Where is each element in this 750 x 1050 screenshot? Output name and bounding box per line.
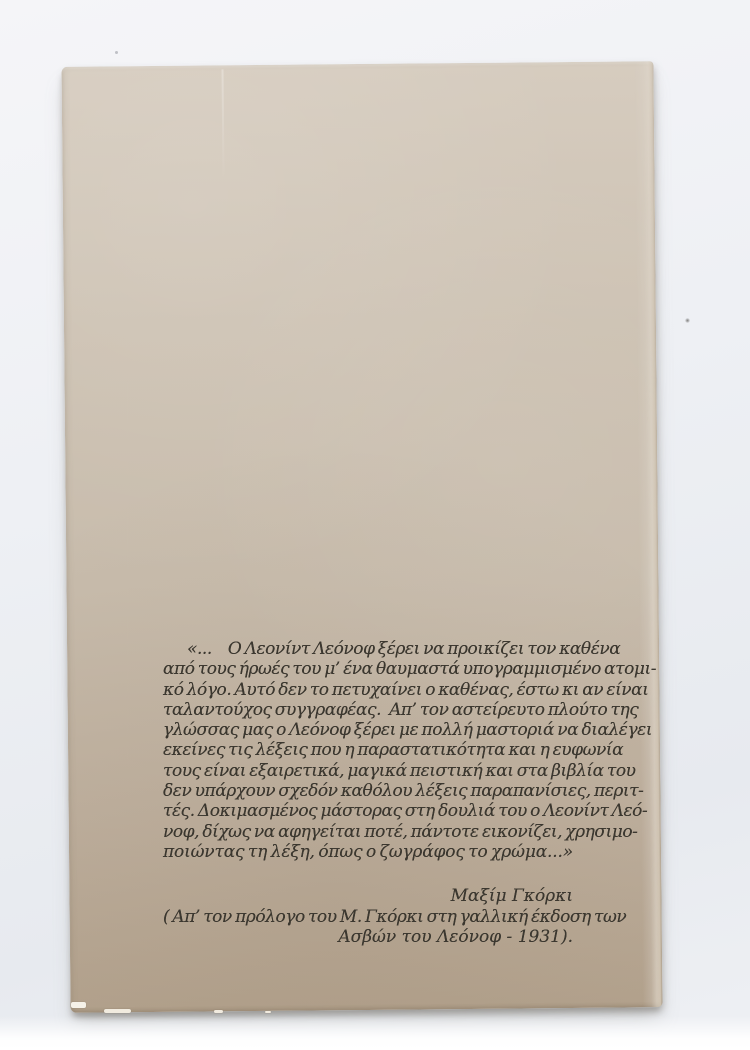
quote-line: γλώσσας μας ο Λεόνοφ ξέρει με πολλή μαστ… — [163, 720, 573, 740]
attribution-source-line-1: ( Απ’ τον πρόλογο του Μ. Γκόρκι στη γαλλ… — [163, 907, 573, 928]
wear-mark — [265, 1011, 271, 1013]
quote-line: εκείνες τις λέξεις που η παραστατικότητα… — [163, 740, 573, 760]
quote-line: ποιώντας τη λέξη, όπως ο ζωγράφος το χρώ… — [163, 842, 573, 862]
wear-mark — [71, 1002, 86, 1008]
cover-crease — [222, 69, 225, 181]
quote-line: «... Ο Λεονίντ Λεόνοφ ξέρει να προικίζει… — [163, 639, 573, 659]
quote-line: κό λόγο. Αυτό δεν το πετυχαίνει ο καθένα… — [163, 680, 573, 700]
page-edge-highlight — [633, 61, 662, 1007]
quote-line: δεν υπάρχουν σχεδόν καθόλου λέξεις παραπ… — [163, 781, 573, 801]
photo-canvas: { "quote": { "lines": [ "«...\u2002\u200… — [0, 0, 750, 1050]
back-cover-text: «... Ο Λεονίντ Λεόνοφ ξέρει να προικίζει… — [163, 639, 573, 948]
dust-speck — [115, 51, 118, 54]
background-bottom-fade — [0, 1016, 750, 1050]
wear-mark — [104, 1009, 131, 1013]
attribution: Μαξίμ Γκόρκι ( Απ’ τον πρόλογο του Μ. Γκ… — [163, 886, 573, 948]
quote-line: από τους ήρωές του μ’ ένα θαυμαστά υπογρ… — [163, 659, 573, 679]
photo-scene: «... Ο Λεονίντ Λεόνοφ ξέρει να προικίζει… — [0, 0, 750, 1050]
quote-line: τές. Δοκιμασμένος μάστορας στη δουλιά το… — [163, 801, 573, 821]
quote-line: ταλαντούχος συγγραφέας. Απ’ τον αστείρευ… — [163, 700, 573, 720]
quote-line: νοφ, δίχως να αφηγείται ποτέ, πάντοτε ει… — [163, 822, 573, 842]
wear-mark — [214, 1010, 223, 1013]
gorky-quote: «... Ο Λεονίντ Λεόνοφ ξέρει να προικίζει… — [163, 639, 573, 862]
attribution-source-line-2: Ασβών του Λεόνοφ - 1931). — [163, 927, 573, 948]
quote-line: τους είναι εξαιρετικά, μαγικά πειστική κ… — [163, 761, 573, 781]
dust-speck — [685, 318, 690, 323]
attribution-author: Μαξίμ Γκόρκι — [163, 886, 573, 907]
